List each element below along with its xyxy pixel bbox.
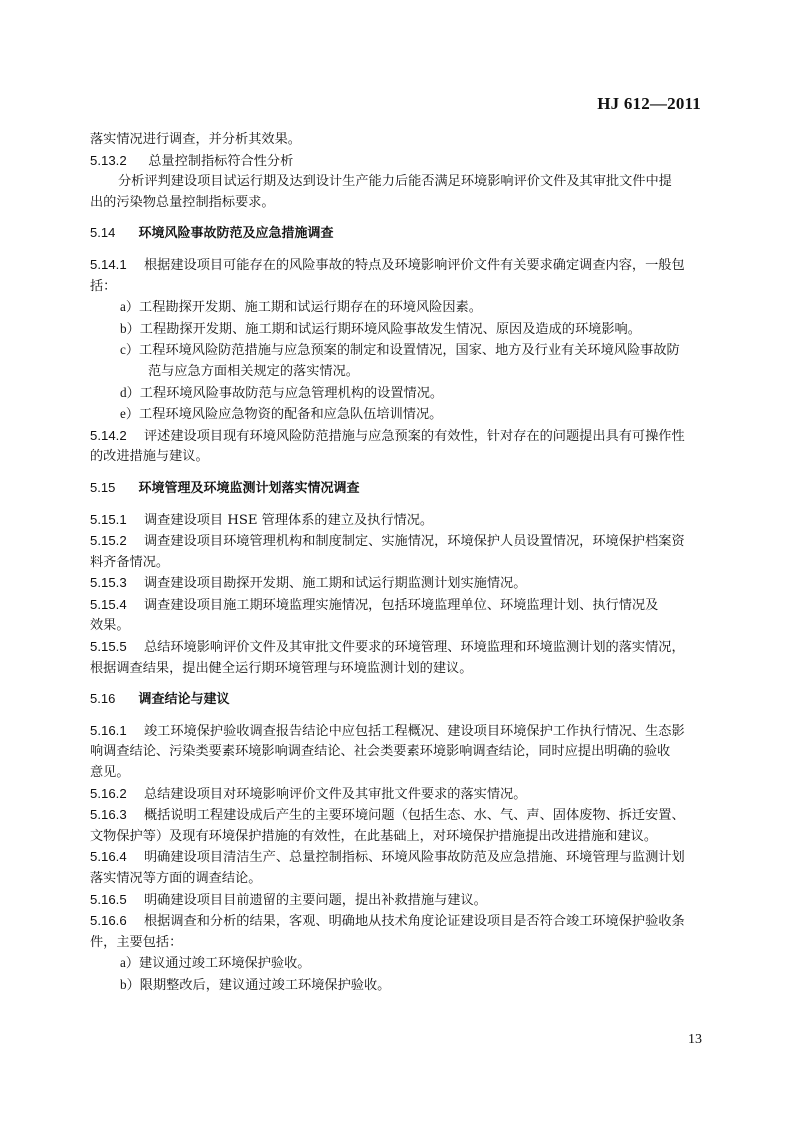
list-item: b）限期整改后，建议通过竣工环境保护验收。 [90, 975, 702, 997]
section-number: 5.15 [90, 478, 134, 499]
clause-5-13-2: 5.13.2 总量控制指标符合性分析 [90, 151, 702, 173]
clause-number: 5.14.2 [90, 426, 144, 447]
paragraph-line: 出的污染物总量控制指标要求。 [90, 193, 702, 214]
section-title: 环境风险事故防范及应急措施调查 [139, 226, 334, 241]
clause-text: 根据建设项目可能存在的风险事故的特点及环境影响评价文件有关要求确定调查内容，一般… [144, 258, 685, 273]
clause-text-line: 括： [90, 277, 702, 298]
clause-5-15-4: 5.15.4调查建设项目施工期环境监理实施情况，包括环境监理单位、环境监理计划、… [90, 595, 702, 637]
clause-5-15-2: 5.15.2调查建设项目环境管理机构和制度制定、实施情况，环境保护人员设置情况，… [90, 531, 702, 573]
list-item: e）工程环境风险应急物资的配备和应急队伍培训情况。 [90, 404, 702, 426]
section-number: 5.16 [90, 689, 134, 710]
section-heading-5-15: 5.15 环境管理及环境监测计划落实情况调查 [90, 478, 702, 500]
list-item: a）建议通过竣工环境保护验收。 [90, 953, 702, 975]
clause-5-16-3: 5.16.3概括说明工程建设成后产生的主要环境问题（包括生态、水、气、声、固体废… [90, 805, 702, 847]
section-number: 5.14 [90, 223, 134, 244]
clause-5-15-5: 5.15.5总结环境影响评价文件及其审批文件要求的环境管理、环境监理和环境监测计… [90, 637, 702, 679]
clause-5-14-2: 5.14.2评述建设项目现有环境风险防范措施与应急预案的有效性，针对存在的问题提… [90, 426, 702, 468]
list-item: c）工程环境风险防范措施与应急预案的制定和设置情况，国家、地方及行业有关环境风险… [90, 340, 702, 382]
page-number: 13 [688, 1032, 702, 1048]
section-heading-5-14: 5.14 环境风险事故防范及应急措施调查 [90, 223, 702, 245]
standard-code-header: HJ 612—2011 [597, 94, 701, 114]
list-item: d）工程环境风险事故防范与应急管理机构的设置情况。 [90, 383, 702, 405]
clause-5-16-2: 5.16.2总结建设项目对环境影响评价文件及其审批文件要求的落实情况。 [90, 784, 702, 806]
list-item: b）工程勘探开发期、施工期和试运行期环境风险事故发生情况、原因及造成的环境影响。 [90, 319, 702, 341]
clause-5-15-1: 5.15.1调查建设项目 HSE 管理体系的建立及执行情况。 [90, 510, 702, 532]
clause-5-15-3: 5.15.3调查建设项目勘探开发期、施工期和试运行期监测计划实施情况。 [90, 573, 702, 595]
clause-5-14-1: 5.14.1根据建设项目可能存在的风险事故的特点及环境影响评价文件有关要求确定调… [90, 255, 702, 297]
section-title: 调查结论与建议 [139, 692, 230, 707]
section-heading-5-16: 5.16 调查结论与建议 [90, 689, 702, 711]
clause-5-16-5: 5.16.5明确建设项目目前遗留的主要问题，提出补救措施与建议。 [90, 890, 702, 912]
document-body: 落实情况进行调查，并分析其效果。 5.13.2 总量控制指标符合性分析 分析评判… [90, 130, 702, 997]
paragraph-continuation: 落实情况进行调查，并分析其效果。 [90, 130, 702, 151]
clause-number: 5.14.1 [90, 255, 144, 276]
section-title: 环境管理及环境监测计划落实情况调查 [139, 481, 360, 496]
list-item: a）工程勘探开发期、施工期和试运行期存在的环境风险因素。 [90, 297, 702, 319]
clause-5-16-4: 5.16.4明确建设项目清洁生产、总量控制指标、环境风险事故防范及应急措施、环境… [90, 847, 702, 889]
paragraph-line: 分析评判建设项目试运行期及达到设计生产能力后能否满足环境影响评价文件及其审批文件… [90, 172, 702, 193]
document-page: HJ 612—2011 落实情况进行调查，并分析其效果。 5.13.2 总量控制… [0, 0, 794, 1123]
clause-5-16-1: 5.16.1竣工环境保护验收调查报告结论中应包括工程概况、建设项目环境保护工作执… [90, 721, 702, 784]
clause-title: 总量控制指标符合性分析 [148, 154, 293, 169]
clause-number: 5.13.2 [90, 151, 144, 172]
clause-5-16-6: 5.16.6根据调查和分析的结果，客观、明确地从技术角度论证建设项目是否符合竣工… [90, 911, 702, 953]
